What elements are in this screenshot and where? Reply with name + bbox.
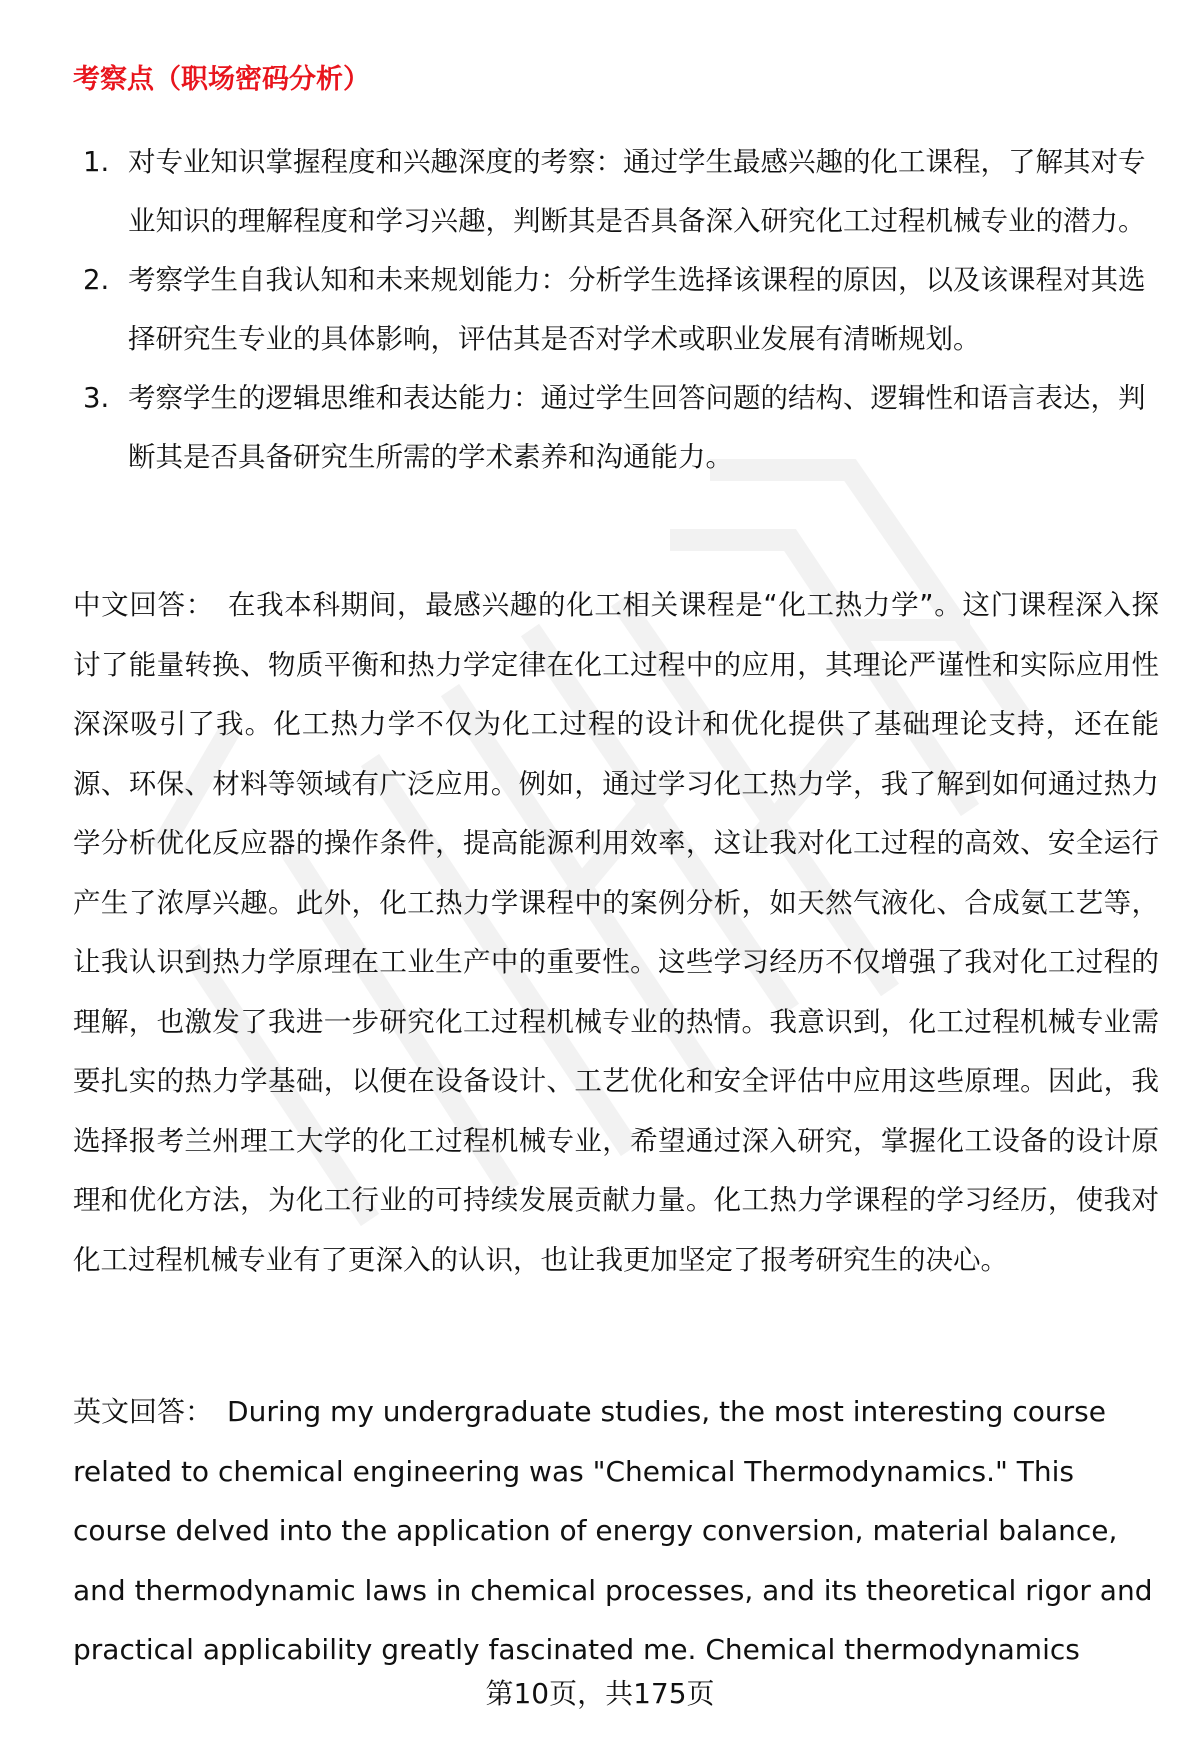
assessment-point-item: 2. 考察学生自我认知和未来规划能力：分析学生选择该课程的原因，以及该课程对其选…: [73, 251, 1153, 369]
list-number: 1.: [83, 133, 109, 192]
english-answer-paragraph: 英文回答：During my undergraduate studies, th…: [73, 1382, 1159, 1680]
section-heading: 考察点（职场密码分析）: [73, 60, 370, 100]
document-page: 考察点（职场密码分析） 1. 对专业知识掌握程度和兴趣深度的考察：通过学生最感兴…: [0, 0, 1200, 1755]
english-answer-text: During my undergraduate studies, the mos…: [73, 1395, 1152, 1666]
chinese-answer-text: 在我本科期间，最感兴趣的化工相关课程是“化工热力学”。这门课程深入探讨了能量转换…: [73, 589, 1159, 1276]
list-number: 3.: [83, 369, 109, 428]
chinese-answer-label: 中文回答：: [73, 589, 214, 621]
assessment-point-text: 对专业知识掌握程度和兴趣深度的考察：通过学生最感兴趣的化工课程，了解其对专业知识…: [128, 146, 1146, 237]
chinese-answer-paragraph: 中文回答：在我本科期间，最感兴趣的化工相关课程是“化工热力学”。这门课程深入探讨…: [73, 576, 1159, 1290]
english-answer-label: 英文回答：: [73, 1395, 213, 1428]
assessment-point-text: 考察学生自我认知和未来规划能力：分析学生选择该课程的原因，以及该课程对其选择研究…: [128, 264, 1146, 355]
assessment-point-text: 考察学生的逻辑思维和表达能力：通过学生回答问题的结构、逻辑性和语言表达，判断其是…: [128, 382, 1146, 473]
assessment-point-item: 1. 对专业知识掌握程度和兴趣深度的考察：通过学生最感兴趣的化工课程，了解其对专…: [73, 133, 1153, 251]
assessment-points-list: 1. 对专业知识掌握程度和兴趣深度的考察：通过学生最感兴趣的化工课程，了解其对专…: [73, 133, 1153, 487]
assessment-point-item: 3. 考察学生的逻辑思维和表达能力：通过学生回答问题的结构、逻辑性和语言表达，判…: [73, 369, 1153, 487]
list-number: 2.: [83, 251, 109, 310]
page-indicator: 第10页，共175页: [0, 1674, 1200, 1714]
